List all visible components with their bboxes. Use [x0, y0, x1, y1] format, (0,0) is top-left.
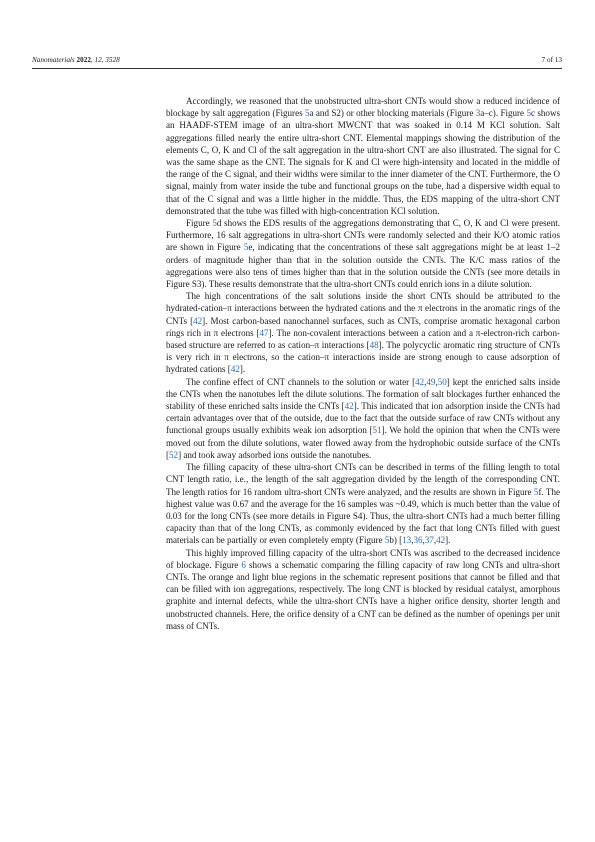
- reference-link[interactable]: 49: [426, 377, 435, 387]
- paragraph: The filling capacity of these ultra-shor…: [166, 461, 560, 546]
- reference-link[interactable]: 42: [345, 401, 354, 411]
- reference-link[interactable]: 48: [370, 340, 379, 350]
- reference-link[interactable]: 51: [373, 425, 382, 435]
- reference-link[interactable]: 47: [259, 328, 268, 338]
- header-rule: [32, 68, 562, 69]
- reference-link[interactable]: 42: [193, 316, 202, 326]
- reference-link[interactable]: 42: [231, 364, 240, 374]
- journal-name: Nanomaterials: [32, 56, 75, 64]
- reference-link[interactable]: 3: [476, 108, 481, 118]
- paragraph: The high concentrations of the salt solu…: [166, 290, 560, 375]
- paragraph: Figure 5d shows the EDS results of the a…: [166, 217, 560, 290]
- reference-link[interactable]: 6: [241, 560, 246, 570]
- reference-link[interactable]: 42: [415, 377, 424, 387]
- journal-year: 2022: [77, 56, 91, 64]
- journal-volume: , 12, 3528: [91, 56, 120, 64]
- reference-link[interactable]: 36: [413, 535, 422, 545]
- reference-link[interactable]: 52: [169, 450, 178, 460]
- reference-link[interactable]: 5: [244, 242, 249, 252]
- article-body: Accordingly, we reasoned that the unobst…: [166, 95, 560, 632]
- reference-link[interactable]: 5: [305, 108, 310, 118]
- paragraph: This highly improved filling capacity of…: [166, 547, 560, 632]
- reference-link[interactable]: 5: [212, 218, 217, 228]
- page-number: 7 of 13: [542, 56, 562, 64]
- running-header: Nanomaterials 2022, 12, 3528 7 of 13: [32, 56, 562, 66]
- reference-link[interactable]: 5: [534, 487, 539, 497]
- reference-link[interactable]: 50: [438, 377, 447, 387]
- reference-link[interactable]: 13: [402, 535, 411, 545]
- reference-link[interactable]: 5: [385, 535, 390, 545]
- journal-citation: Nanomaterials 2022, 12, 3528: [32, 56, 120, 64]
- reference-link[interactable]: 37: [425, 535, 434, 545]
- reference-link[interactable]: 5: [526, 108, 531, 118]
- paragraph: Accordingly, we reasoned that the unobst…: [166, 95, 560, 217]
- reference-link[interactable]: 42: [436, 535, 445, 545]
- paragraph: The confine effect of CNT channels to th…: [166, 376, 560, 461]
